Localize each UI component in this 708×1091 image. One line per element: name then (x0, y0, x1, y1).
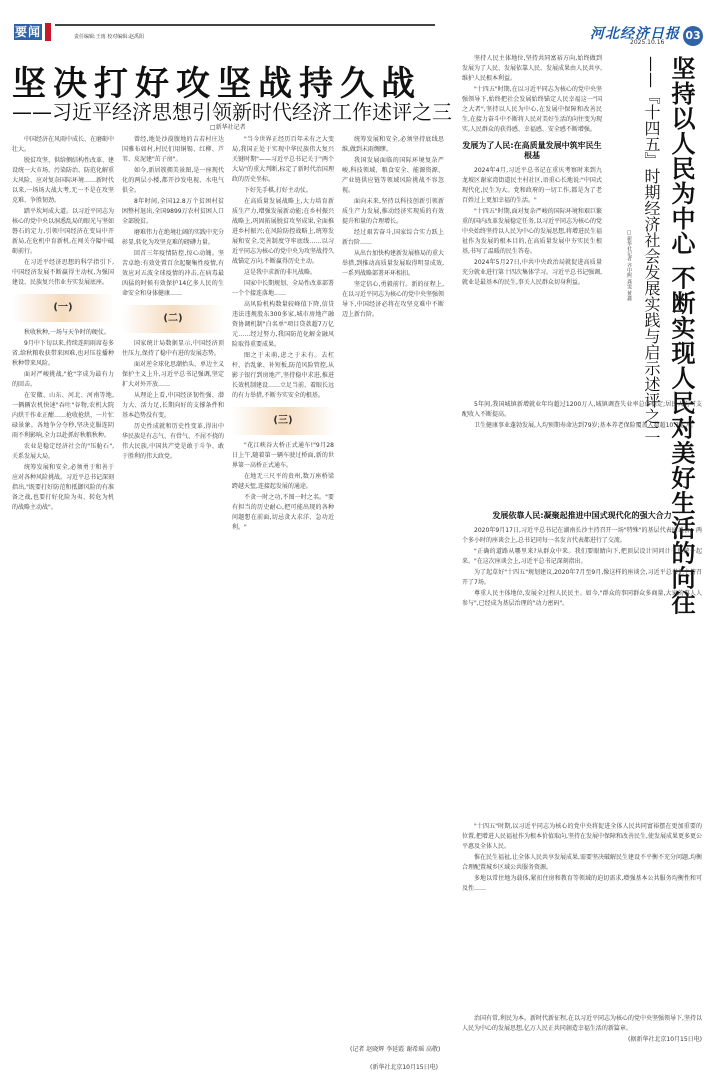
section-number-marker: (二) (122, 305, 224, 333)
paragraph: 在高质量发展战略上,大力培育新质生产力,增强发展新动能;在乡村振兴战略上,巩固拓… (232, 197, 334, 267)
paragraph: 2020年9月17日,习近平总书记在湖南长沙主持召开一场"特殊"的基层代表座谈会… (462, 526, 702, 546)
side-article-upper: 坚持人民主体地位,坚持共同富裕方向,始终做到发展为了人民、发展依靠人民、发展成果… (462, 54, 602, 289)
paragraph: 不贪一时之功,不图一时之名。"要有担当的历史耐心,把可能出现的各种问题想在前面,… (232, 493, 334, 533)
paragraph: 面对逆全球化思潮抬头、单边主义保护主义上升,习近平总书记强调,坚定扩大对外开放…… (122, 360, 224, 390)
paragraph: 坚定信心,勇毅前行。新的征程上,在以习近平同志为核心的党中央坚强领导下,中国经济… (342, 280, 444, 320)
paragraph: 坚持人民主体地位,坚持共同富裕方向,始终做到发展为了人民、发展依靠人民、发展成果… (462, 54, 602, 84)
paragraph: 在地无三尺平的贵州,数万座桥梁跨越天堑,连接起发展的通途。 (232, 472, 334, 492)
paragraph: 卫生健康事业蓬勃发展,人均预期寿命达到79岁;基本养老保险覆盖人数超10.7亿人… (462, 421, 702, 431)
paragraph: 秋收秋种,一场与天争时的硬仗。 (12, 328, 114, 338)
paragraph: 我国发展面临的国际环境复杂严峻,科技领域、粮食安全、能源资源、产业链供应链等领域… (342, 156, 444, 196)
editors-credit: 责任编辑:王雨 校对编辑:赵禹阳 (74, 33, 144, 40)
paragraph: 图之于未萌,虑之于未有。去杠杆、治乱象、补短板,防范风险管控,从影子银行到房地产… (232, 351, 334, 401)
paragraph: 回首三年疫情防控,惊心动魄。坚苦卓绝:有效处置百余起聚集性疫情,有效应对五波全球… (122, 249, 224, 299)
paragraph: 从出台加快构建新发展格局的重大举措,到推动高质量发展取得明显成效,一系列战略部署… (342, 249, 444, 279)
side-dateline: (据新华社北京10月15日电) (462, 1035, 702, 1045)
paragraph: "当今世界正经历百年未有之大变局,我国正处于实现中华民族伟大复兴关键时期"——习… (232, 135, 334, 185)
paragraph: 踏平坎坷成大道。以习近平同志为核心的党中央以洞悉乱局的眼光与坚如磐石的定力,引领… (12, 207, 114, 257)
section-number-marker: (三) (232, 407, 334, 435)
paragraph: 磨难伟力在绝境壮阔的实践中充分彰显,转化为攻坚克难的磅礴力量。 (122, 228, 224, 248)
article-column-2: 曾经,地处沙漠腹地的吉若村庄达国雅布如村,村民们用铜锡、红柳、芦苇、皮泥建"茁子… (122, 135, 224, 1065)
reporter-credits: (记者 赵晓辉 李延霞 谢希瑶 高敬) (350, 1044, 450, 1053)
paragraph: 治国有常,利民为本。新时代新征程,在以习近平同志为核心的党中央坚强领导下,坚持以… (462, 1014, 702, 1034)
main-subheadline: ——习近平经济思想引领新时代经济工作述评之三 (12, 96, 452, 125)
paragraph: 经过艰苦奋斗,国家综合实力跃上新台阶…… (342, 228, 444, 248)
paragraph: 为了起草好"十四五"规划建议,2020年7月至9月,像这样的座谈会,习近平总书记… (462, 568, 702, 588)
article-column-4: 统筹发展和安全,必须坚持底线思维,做到未雨绸缪。 我国发展面临的国际环境复杂严峻… (342, 135, 444, 1065)
side-article-middle: 5年间,我国城镇新增就业年均超过1200万人,城镇调查失业率总体稳定;居民人均可… (462, 400, 702, 610)
paragraph: "十四五"时期,在以习近平同志为核心的党中央坚强领导下,始终把社会发展始终锚定人… (462, 85, 602, 135)
paragraph: 8年时间,全国12.8万个贫困村贫困整村退出,全国9899万农村贫困人口全部脱贫… (122, 197, 224, 227)
paragraph: 在安徽、山东、河北、河南等地,一辆辆农机快速"吞吐"谷物,农机大院内烘干作业正酣… (12, 391, 114, 441)
paragraph: 国家中长期规划、全局性改革部署一个个接连落地…… (232, 279, 334, 299)
paragraph: 中国经济在风雨中成长、在磨砺中壮大。 (12, 135, 114, 155)
paragraph: 2024年5月27日,中共中央政治局就促进高质量充分就业进行第十四次集体学习。习… (462, 258, 602, 288)
section-flag-decoration (45, 23, 51, 41)
section-number-marker: (一) (12, 294, 114, 322)
paragraph: "十四五"时期,以习近平同志为核心的党中央将促进全体人民共同富裕摆在更加重要的位… (462, 822, 702, 852)
paragraph: 历史性成就和历史性变革,得出中华民族是有志气、有骨气、不屈不挠的伟大民族,中国共… (122, 422, 224, 462)
side-article-lower: "十四五"时期,以习近平同志为核心的党中央将促进全体人民共同富裕摆在更加重要的位… (462, 822, 702, 1045)
paragraph: 2024年4月,习近平总书记在重庆考察时来到九龙坡区谢家湾街道民主村社区,语重心… (462, 166, 602, 206)
paragraph: "正确的道路从哪里来?从群众中来。我们要眼睛向下,把顶层设计同问计于民统一起来。… (462, 547, 702, 567)
paragraph: 9月中下旬以来,持续连阴雨席卷多省,给秋粮收获带来困难,也对压茬播种秋种带来风险… (12, 339, 114, 369)
paragraph: "花江峡谷大桥正式通车!"9月28日上午,随着第一辆车驶过桥面,新的世界第一高桥… (232, 441, 334, 471)
paragraph: 农业是稳定经济社会的"压舱石",关系发展大局。 (12, 442, 114, 462)
page-masthead: 要闻 责任编辑:王雨 校对编辑:赵禹阳 河北经济日报 2025.10.16 03 (0, 0, 708, 46)
paragraph: 统筹发展和安全,必须勇于和善于应对各种风险挑战。习近平总书记深刻指出,"既要打好… (12, 463, 114, 513)
paragraph: 5年间,我国城镇新增就业年均超过1200万人,城镇调查失业率总体稳定;居民人均可… (462, 400, 702, 420)
article-column-3: "当今世界正经历百年未有之大变局,我国正处于实现中华民族伟大复兴关键时期"——习… (232, 135, 334, 1065)
paragraph: 如今,新居簇拥美景图,是一座现代化的两层小楼,都开沙发电视、水电气俱全。 (122, 166, 224, 196)
paragraph: 从理论上看,中国经济韧性强、潜力大、活力足,长期向好的支撑条件和基本趋势没有变。 (122, 391, 224, 421)
paragraph: 统筹发展和安全,必须坚持底线思维,做到未雨绸缪。 (342, 135, 444, 155)
paragraph: 这是我中求新的非凡战略。 (232, 268, 334, 278)
paragraph: 面对严峻挑战,"抢"字成为最有力的回击。 (12, 370, 114, 390)
paragraph: 多地以常住地为载体,紧扣住房和教育等领域的迫切需求,增强基本公共服务均衡性和可及… (462, 874, 702, 894)
side-byline: □新华社记者 齐中熙 龚雯 黄鑫 (626, 230, 633, 301)
paragraph: 在习近平经济思想的科学指引下,中国经济发展不断赢得主动权,为强国建设、民族复兴伟… (12, 258, 114, 288)
section-tag: 要闻 (14, 24, 42, 40)
side-section-heading: 发展依靠人民:凝聚起推进中国式现代化的强大合力 (462, 511, 702, 521)
main-byline: □新华社记者 (210, 122, 246, 131)
side-section-heading: 发展为了人民:在高质量发展中筑牢民生根基 (462, 141, 602, 161)
masthead-rule (55, 24, 435, 26)
paragraph: 下好先手棋,打好主动仗。 (232, 186, 334, 196)
paragraph: 尊重人民主体地位,发展全过程人民民主。如今,"群众的事同群众多商量,大家的事人人… (462, 589, 702, 609)
paragraph: 面向未来,坚持以科技创新引领新质生产力发展,推动经济实现质的有效提升和量的合理增… (342, 197, 444, 227)
paragraph: "十四五"时期,面对复杂严峻的国际环境和艰巨繁重的国内改革发展稳定任务,以习近平… (462, 207, 602, 257)
paragraph: 脱贫攻坚、供给侧结构性改革、建设统一大市场、污染防治、防范化解重大风险、应对复杂… (12, 156, 114, 206)
paragraph: 国家统计局数据显示,中国经济顶住压力,保持了稳中有进的发展态势。 (122, 339, 224, 359)
issue-date: 2025.10.16 (630, 39, 664, 46)
page-number-badge: 03 (683, 26, 703, 46)
main-dateline: (新华社北京10月15日电) (370, 1062, 438, 1071)
article-column-1: 中国经济在风雨中成长、在磨砺中壮大。 脱贫攻坚、供给侧结构性改革、建设统一大市场… (12, 135, 114, 1065)
paragraph: 惟在民生福祉,让全体人民共享发展成果,需要坚决破解民生建设不平衡不充分问题,均衡… (462, 853, 702, 873)
paragraph: 曾经,地处沙漠腹地的吉若村庄达国雅布如村,村民们用铜锡、红柳、芦苇、皮泥建"茁子… (122, 135, 224, 165)
side-subheadline: ——『十四五』时期经济社会发展实践与启示述评之二 (640, 56, 662, 440)
paragraph: 高风险机构数量较峰值下降,信贷违法违规股东300多家,城市房地产融资协调机制"白… (232, 300, 334, 350)
